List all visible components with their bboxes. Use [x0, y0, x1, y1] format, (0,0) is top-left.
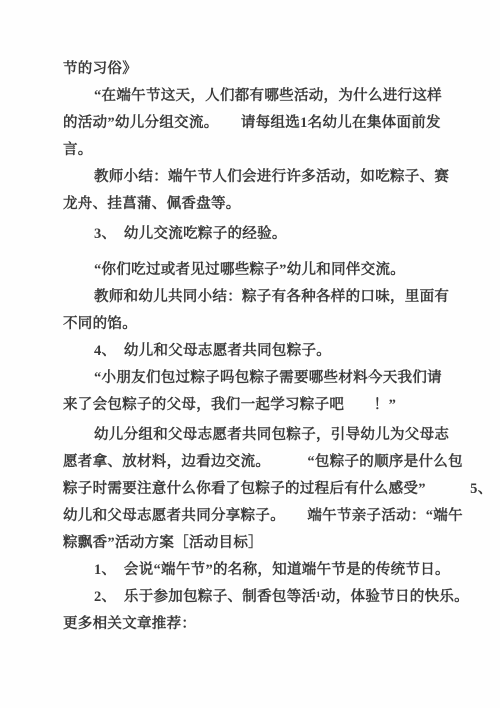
text-line: 不同的馅。: [63, 311, 443, 338]
text-line: 粽子时需要注意什么你看了包粽子的过程后有什么感受” 5、: [63, 476, 443, 503]
text-line: 言。: [63, 137, 443, 164]
text-line: 教师小结：端午节人们会进行许多活动，如吃粽子、赛: [63, 164, 443, 191]
text-line: 节的习俗》: [63, 56, 443, 83]
text-line: 的活动”幼儿分组交流。 请每组选1名幼儿在集体面前发: [63, 110, 443, 137]
document-text-block: 节的习俗》 “在端午节这天，人们都有哪些活动，为什么进行这样 的活动”幼儿分组交…: [63, 56, 443, 638]
text-line: 来了会包粽子的父母，我们一起学习粽子吧 ！”: [63, 392, 443, 419]
text-line: 2、 乐于参加包粽子、制香包等活¹动，体验节日的快乐。: [63, 584, 443, 611]
text-line: 幼儿分组和父母志愿者共同包粽子，引导幼儿为父母志: [63, 422, 443, 449]
text-line: “在端午节这天，人们都有哪些活动，为什么进行这样: [63, 83, 443, 110]
text-line: 更多相关文章推荐：: [63, 611, 443, 638]
text-line: “小朋友们包过粽子吗包粽子需要哪些材料今天我们请: [63, 365, 443, 392]
text-line: 幼儿和父母志愿者共同分享粽子。 端午节亲子活动：“端午: [63, 503, 443, 530]
text-line: 愿者拿、放材料，边看边交流。 “包粽子的顺序是什么包: [63, 449, 443, 476]
text-line: 教师和幼儿共同小结：粽子有各种各样的口味，里面有: [63, 284, 443, 311]
text-line: 粽飘香”活动方案［活动目标］: [63, 530, 443, 557]
document-page: 节的习俗》 “在端午节这天，人们都有哪些活动，为什么进行这样 的活动”幼儿分组交…: [0, 0, 500, 708]
text-line: 3、 幼儿交流吃粽子的经验。: [63, 221, 443, 248]
text-line: 4、 幼儿和父母志愿者共同包粽子。: [63, 338, 443, 365]
text-line: 1、 会说“端午节”的名称，知道端午节是的传统节日。: [63, 557, 443, 584]
text-line: 龙舟、挂菖蒲、佩香盘等。: [63, 191, 443, 218]
text-line: “你们吃过或者见过哪些粽子”幼儿和同伴交流。: [63, 257, 443, 284]
